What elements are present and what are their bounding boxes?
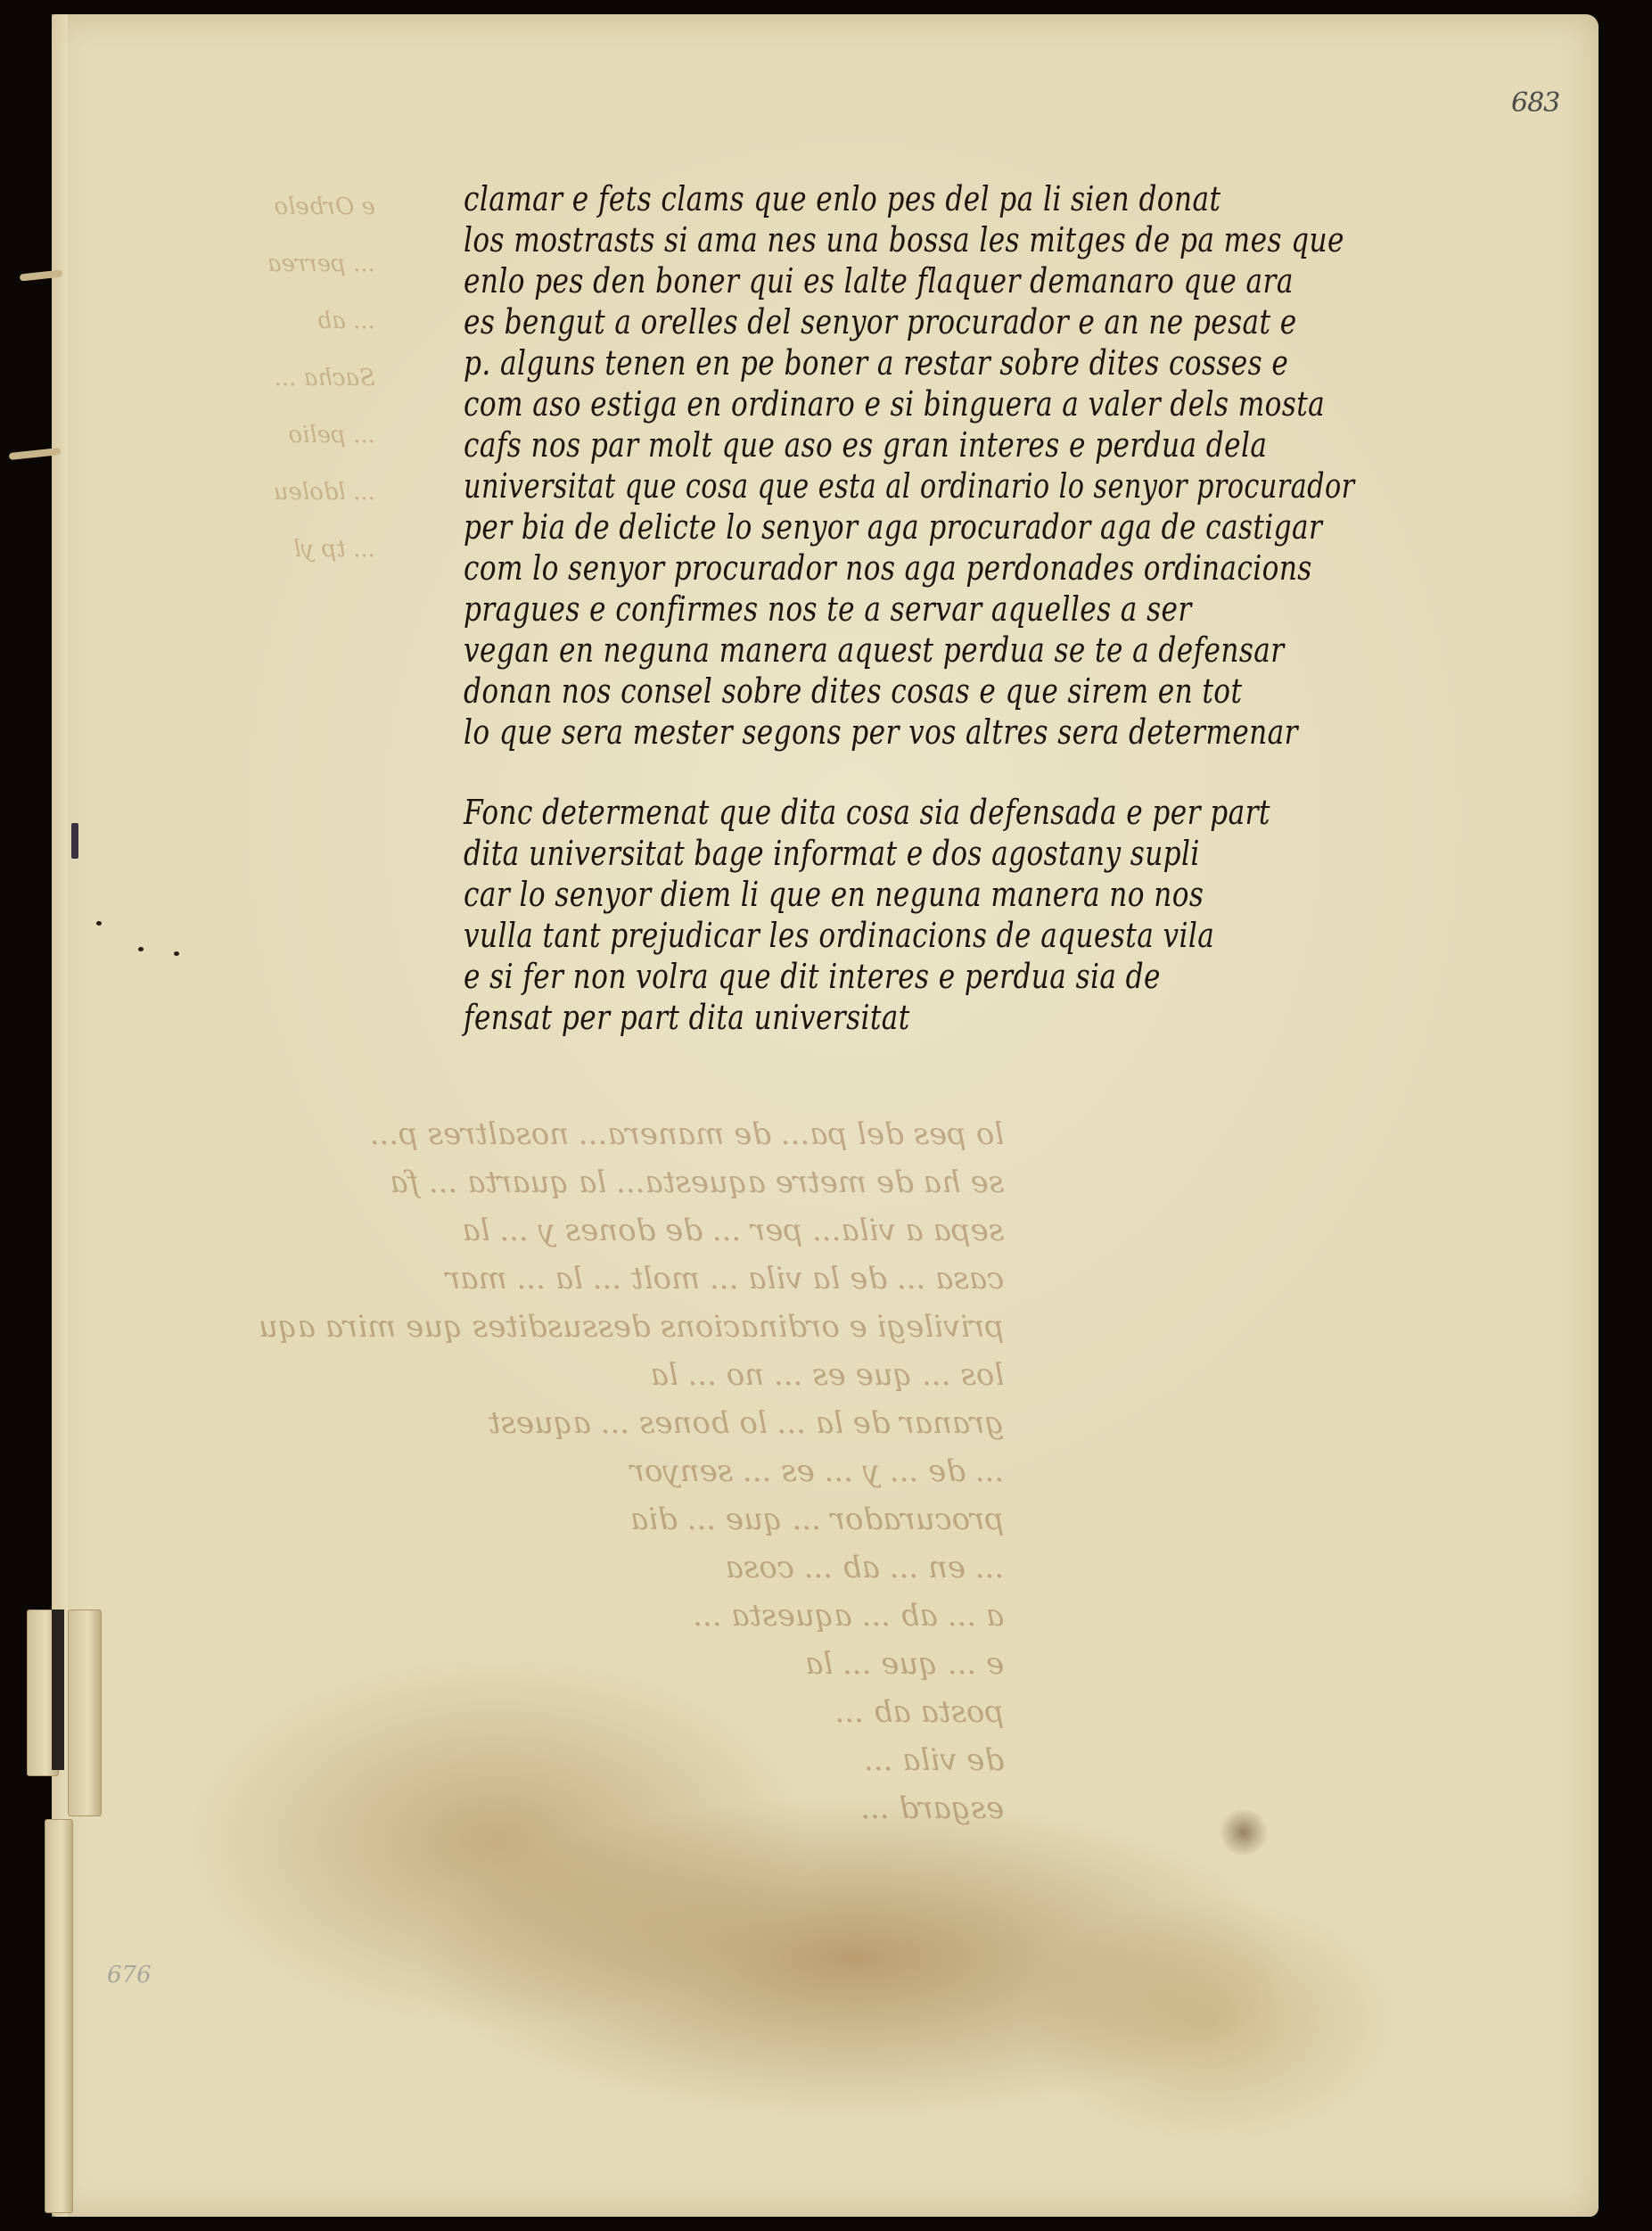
- text-line: p. alguns tenen en pe boner a restar sob…: [464, 342, 1355, 383]
- binding-gap: [52, 1609, 64, 1770]
- bleed-line: lo pes del pa... de manera... nosaltres …: [259, 1110, 1004, 1158]
- text-line: car lo senyor diem li que en neguna mane…: [464, 874, 1355, 915]
- bleed-margin-line: ... pelio: [267, 407, 375, 464]
- wormhole: [96, 921, 102, 926]
- bleed-line: privilegi e ordinacions dessusdites que …: [259, 1303, 1004, 1351]
- text-line: pragues e confirmes nos te a servar aque…: [464, 589, 1355, 630]
- text-line: fensat per part dita universitat: [464, 997, 1355, 1038]
- bleed-line: procurador ... que ... dia: [259, 1495, 1004, 1544]
- bleed-through-block: lo pes del pa... de manera... nosaltres …: [259, 1110, 1004, 1832]
- text-line: enlo pes den boner qui es lalte flaquer …: [464, 260, 1355, 301]
- binding-tab-right: [68, 1609, 102, 1816]
- wormhole: [71, 823, 78, 859]
- text-line: com lo senyor procurador nos aga perdona…: [464, 547, 1355, 589]
- main-text-block: clamar e fets clams que enlo pes del pa …: [464, 178, 1551, 1038]
- text-line: es bengut a orelles del senyor procurado…: [464, 301, 1355, 342]
- bleed-margin-line: ... tp yl: [267, 521, 375, 578]
- bleed-margin-line: Sacha ...: [267, 350, 375, 407]
- bleed-line: sepa a vila... per ... de dones y ... la: [259, 1206, 1004, 1255]
- text-line: e si fer non volra que dit interes e per…: [464, 956, 1355, 997]
- bleed-line: a ... ab ... aquesta ...: [259, 1592, 1004, 1640]
- bleed-line: esgard ...: [259, 1784, 1004, 1832]
- ink-stain: [1217, 1810, 1270, 1855]
- text-line: Fonc determenat que dita cosa sia defens…: [464, 792, 1355, 833]
- wormhole: [138, 947, 144, 951]
- bleed-line: ... de ... y ... es ... senyor: [259, 1447, 1004, 1495]
- bleed-through-margin: e Orbelo ... perrea ... ab Sacha ... ...…: [267, 178, 375, 578]
- binding-tab-lower: [45, 1819, 73, 2213]
- wormhole: [174, 951, 179, 956]
- text-line: cafs nos par molt que aso es gran intere…: [464, 424, 1355, 465]
- text-line: los mostrasts si ama nes una bossa les m…: [464, 219, 1355, 260]
- text-line: dita universitat bage informat e dos ago…: [464, 833, 1355, 874]
- bleed-line: ... en ... ab ... cosa: [259, 1544, 1004, 1592]
- paragraph-2: Fonc determenat que dita cosa sia defens…: [464, 792, 1551, 1038]
- bleed-margin-line: ... ldoleu: [267, 464, 375, 521]
- text-line: vegan en neguna manera aquest perdua se …: [464, 630, 1355, 671]
- text-line: clamar e fets clams que enlo pes del pa …: [464, 178, 1355, 219]
- bleed-margin-line: ... perrea: [267, 235, 375, 292]
- bleed-line: posta ab ...: [259, 1688, 1004, 1736]
- bleed-margin-line: ... ab: [267, 292, 375, 350]
- bleed-line: los ... que es ... no ... la: [259, 1351, 1004, 1399]
- bleed-line: casa ... de la vila ... molt ... la ... …: [259, 1255, 1004, 1303]
- text-line: com aso estiga en ordinaro e si binguera…: [464, 383, 1355, 424]
- bleed-margin-line: e Orbelo: [267, 178, 375, 235]
- bleed-line: granar de la ... lo bones ... aquest: [259, 1399, 1004, 1447]
- text-line: per bia de delicte lo senyor aga procura…: [464, 506, 1355, 547]
- paragraph-1: clamar e fets clams que enlo pes del pa …: [464, 178, 1551, 753]
- text-line: lo que sera mester segons per vos altres…: [464, 712, 1355, 753]
- text-line: donan nos consel sobre dites cosas e que…: [464, 671, 1355, 712]
- bleed-line: de vila ...: [259, 1736, 1004, 1784]
- folio-number: 683: [1511, 87, 1559, 119]
- bleed-line: e ... que ... la: [259, 1640, 1004, 1688]
- text-line: universitat que cosa que esta al ordinar…: [464, 465, 1333, 506]
- old-folio-number: 676: [107, 1962, 152, 1988]
- paragraph-gap: [464, 753, 1551, 792]
- text-line: vulla tant prejudicar les ordinacions de…: [464, 915, 1355, 956]
- bleed-line: se ha de metre aquesta... la quarta ... …: [259, 1158, 1004, 1206]
